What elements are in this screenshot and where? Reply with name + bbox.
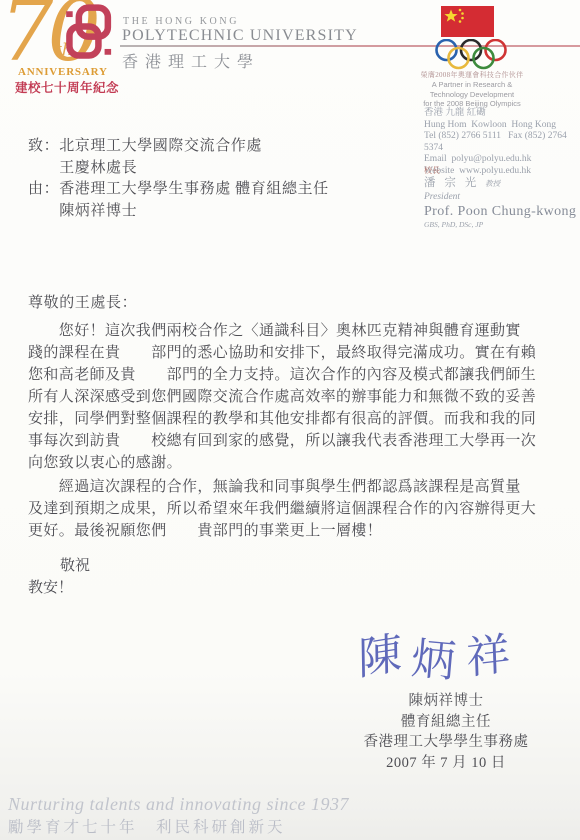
para1-line: 您和高老師及貴 部門的全力支持。這次合作的內容及模式都讓我們師生 <box>28 364 562 386</box>
president-honors: GBS, PhD, DSc, JP <box>424 220 576 230</box>
recipient-from-person: 陳炳祥博士 <box>28 201 329 223</box>
president-label-chinese: 校長 <box>424 166 576 176</box>
china-flag-icon <box>441 6 494 42</box>
closing-wish: 教安！ <box>28 576 73 597</box>
signature-char: 陳 <box>358 616 403 688</box>
recipient-to-person: 王慶林處長 <box>28 158 329 180</box>
president-name-english: Prof. Poon Chung-kwong <box>424 203 576 220</box>
university-name-line1: THE HONG KONG <box>123 16 239 27</box>
para2-line: 及達到預期之成果，所以希望來年我們繼續將這個課程合作的內容辦得更大 <box>28 498 562 520</box>
closing-respect: 敬祝 <box>60 554 90 575</box>
president-label-english: President <box>424 191 576 203</box>
president-title-chinese: 教授 <box>485 179 500 188</box>
letter-page: 70 th ANNIVERSARY 建校七十周年紀念 THE HONG KONG… <box>0 0 580 840</box>
signer-title: 體育組總主任 <box>340 712 552 733</box>
handwritten-signature: 陳炳祥 <box>358 620 538 692</box>
letter-date: 2007 年 7 月 10 日 <box>340 753 552 774</box>
partner-caption-chinese: 榮膺2008年奧運會科技合作伙伴 <box>400 71 544 80</box>
president-block: 校長 潘 宗 光 教授 President Prof. Poon Chung-k… <box>424 166 576 230</box>
para2-line: 經過這次課程的合作，無論我和同事與學生們都認爲該課程是高質量 <box>28 476 562 498</box>
polyu-knot-logo-icon <box>60 2 118 69</box>
contact-address-english: Hung Hom Kowloon Hong Kong <box>424 120 580 132</box>
president-name-chinese: 潘 宗 光 教授 <box>424 176 576 191</box>
signer-name: 陳炳祥博士 <box>340 691 552 712</box>
para1-line: 踐的課程在貴 部門的悉心協助和安排下，最終取得完滿成功。實在有賴 <box>28 342 562 364</box>
university-name-chinese: 香港理工大學 <box>122 49 260 72</box>
partner-caption-en2: Technology Development <box>400 90 544 100</box>
contact-tel-fax: Tel (852) 2766 5111 Fax (852) 2764 5374 <box>424 131 580 154</box>
contact-email: Email polyu@polyu.edu.hk <box>424 154 580 166</box>
para1-line: 事每次到訪貴 校總有回到家的感覺，所以讓我代表香港理工大學再一次 <box>28 430 562 452</box>
partner-caption-en3: for the 2008 Beijing Olympics <box>400 99 544 109</box>
para1-line: 向您致以衷心的感謝。 <box>28 452 562 474</box>
paragraph-2: 經過這次課程的合作，無論我和同事與學生們都認爲該課程是高質量 及達到預期之成果，… <box>28 476 562 542</box>
signature-char: 祥 <box>465 617 511 687</box>
president-name-zh-text: 潘 宗 光 <box>424 177 479 189</box>
recipient-from-line: 由：香港理工大學學生事務處 體育組總主任 <box>28 179 329 201</box>
olympic-partner-caption: 榮膺2008年奧運會科技合作伙伴 A Partner in Research &… <box>400 71 544 109</box>
para2-line: 更好。最後祝願您們 貴部門的事業更上一層樓！ <box>28 520 562 542</box>
anniversary-label: ANNIVERSARY <box>18 66 108 78</box>
signature-char: 炳 <box>409 622 458 690</box>
para1-line: 安排，同學們對整個課程的教學和其他安排都有很高的評價。而我和我的同 <box>28 408 562 430</box>
signer-department: 香港理工大學學生事務處 <box>340 732 552 753</box>
olympic-rings-icon <box>433 39 509 75</box>
university-name-line2: POLYTECHNIC UNIVERSITY <box>122 27 358 45</box>
header-divider-line <box>120 45 580 47</box>
footer-motto-english: Nurturing talents and innovating since 1… <box>8 794 349 815</box>
recipient-to-line: 致：北京理工大學國際交流合作處 <box>28 136 329 158</box>
recipient-block: 致：北京理工大學國際交流合作處 王慶林處長 由：香港理工大學學生事務處 體育組總… <box>28 136 329 222</box>
para1-line: 所有人深深感受到您們國際交流合作處高效率的辦事能力和無微不致的妥善 <box>28 386 562 408</box>
contact-address-chinese: 香港 九龍 紅磡 <box>424 108 580 120</box>
footer-motto-chinese: 勵學育才七十年 利民科研創新天 <box>8 815 286 837</box>
salutation: 尊敬的王處長： <box>28 291 137 312</box>
paragraph-1: 您好！這次我們兩校合作之〈通識科目〉奧林匹克精神與體育運動實 踐的課程在貴 部門… <box>28 320 562 474</box>
signature-block: 陳炳祥博士 體育組總主任 香港理工大學學生事務處 2007 年 7 月 10 日 <box>340 691 552 773</box>
partner-caption-en1: A Partner in Research & <box>400 80 544 90</box>
para1-line: 您好！這次我們兩校合作之〈通識科目〉奧林匹克精神與體育運動實 <box>28 320 562 342</box>
anniversary-chinese-label: 建校七十周年紀念 <box>15 78 119 96</box>
